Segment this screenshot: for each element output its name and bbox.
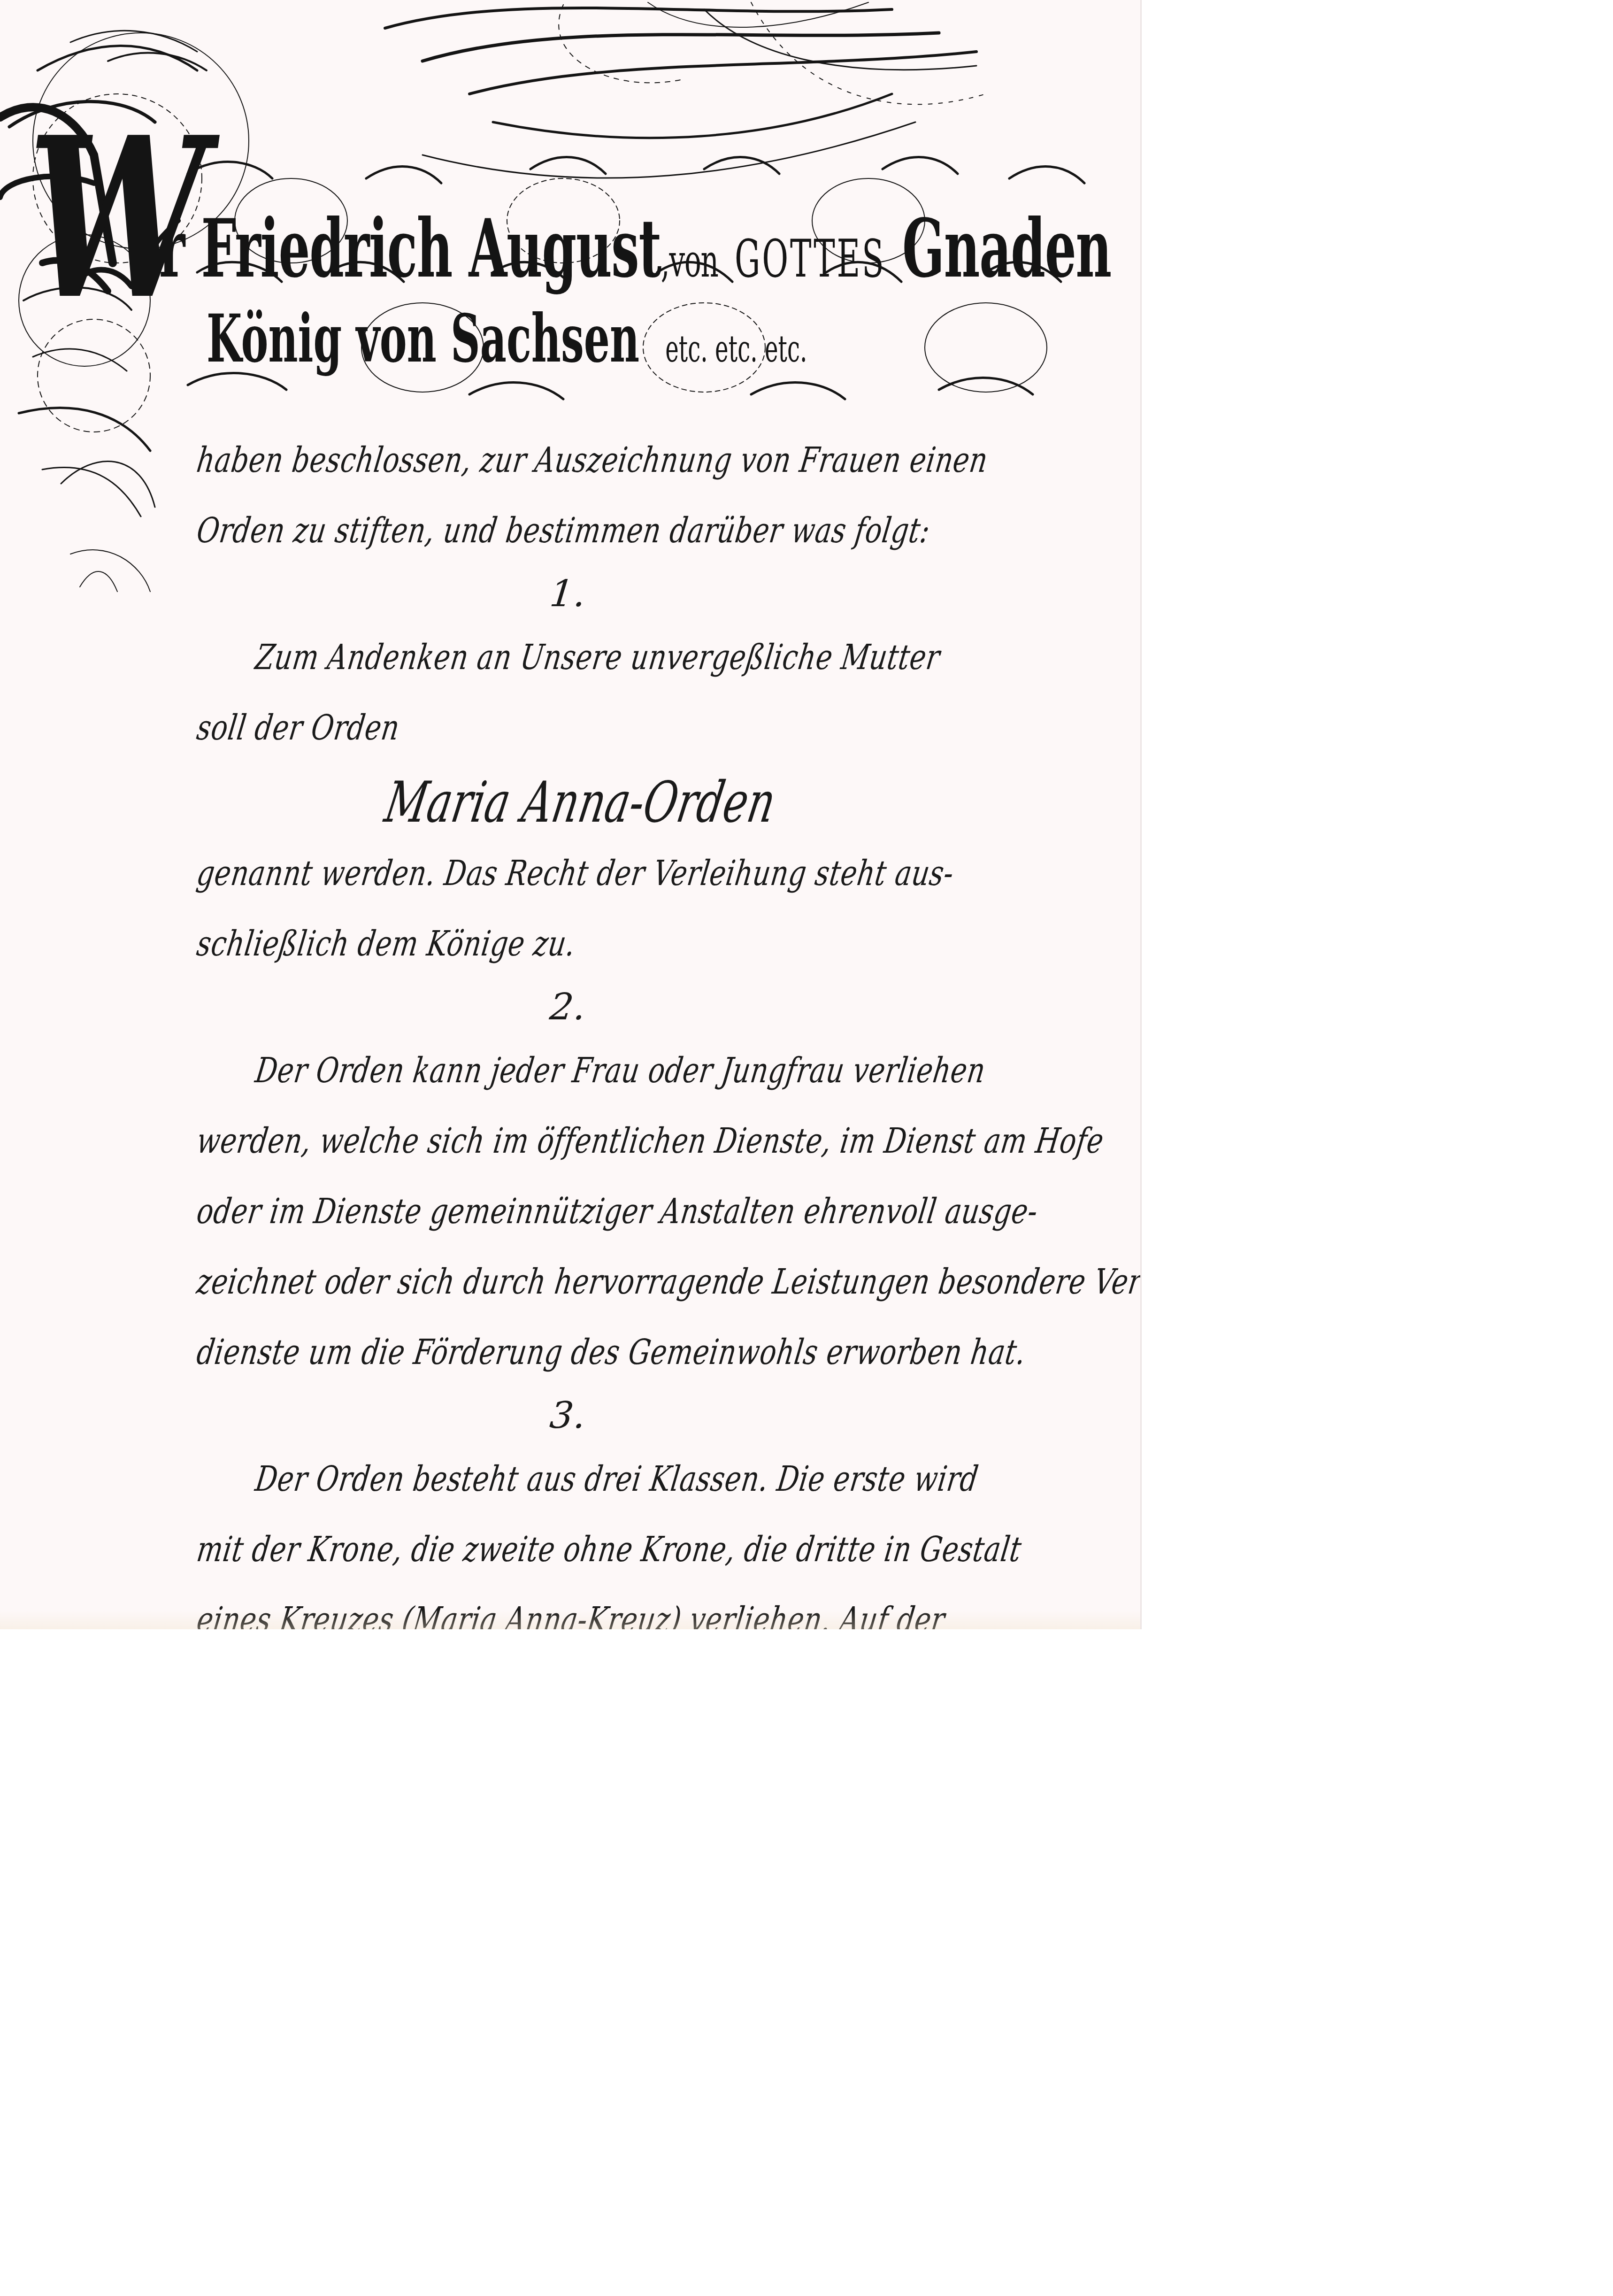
document-body: haben beschlossen, zur Auszeichnung von … [197,425,1141,1629]
section-line: Zum Andenken an Unsere unvergeßliche Mut… [192,622,938,693]
section-line: dienste um die Förderung des Gemeinwohls… [192,1317,938,1387]
section-line: oder im Dienste gemeinnütziger Anstalten… [192,1176,938,1247]
heading-line-1: ir Friedrich August,von GOTTES Gnaden [141,202,1111,296]
section-line: soll der Orden [192,693,938,763]
section-number: 2. [194,979,942,1035]
section-line: zeichnet oder sich durch hervorragende L… [192,1247,938,1317]
section-line: schließlich dem Könige zu. [192,909,938,979]
section-line: mit der Krone, die zweite ohne Krone, di… [192,1514,938,1585]
section-line: werden, welche sich im öffentlichen Dien… [192,1106,938,1176]
heading-gottes: GOTTES [735,229,885,289]
heading-gnaden: Gnaden [902,202,1111,296]
heading-etc: etc. etc. etc. [665,328,807,370]
section-number: 3. [194,1387,942,1444]
heading-after-initial: ir [141,202,184,296]
paper-edge-stain [0,1610,1142,1629]
heading-title: König von Sachsen [207,300,639,378]
section-line: genannt werden. Das Recht der Verleihung… [192,838,938,909]
order-name: Maria Anna-Orden [191,763,883,838]
paper-edge [1140,0,1142,1629]
heading-von: ,von [661,235,718,287]
section-line: Der Orden besteht aus drei Klassen. Die … [192,1444,938,1514]
section-number: 1. [194,566,942,622]
section-line: Der Orden kann jeder Frau oder Jungfrau … [192,1035,938,1106]
preamble-line: Orden zu stiften, und bestimmen darüber … [192,495,938,566]
heading-ruler-name: Friedrich August [201,202,661,296]
heading-line-2: König von Sachsen etc. etc. etc. [207,300,807,378]
document-page: W ir Friedrich August,von GOTTES Gnaden … [0,0,1142,1629]
preamble-line: haben beschlossen, zur Auszeichnung von … [192,425,938,495]
